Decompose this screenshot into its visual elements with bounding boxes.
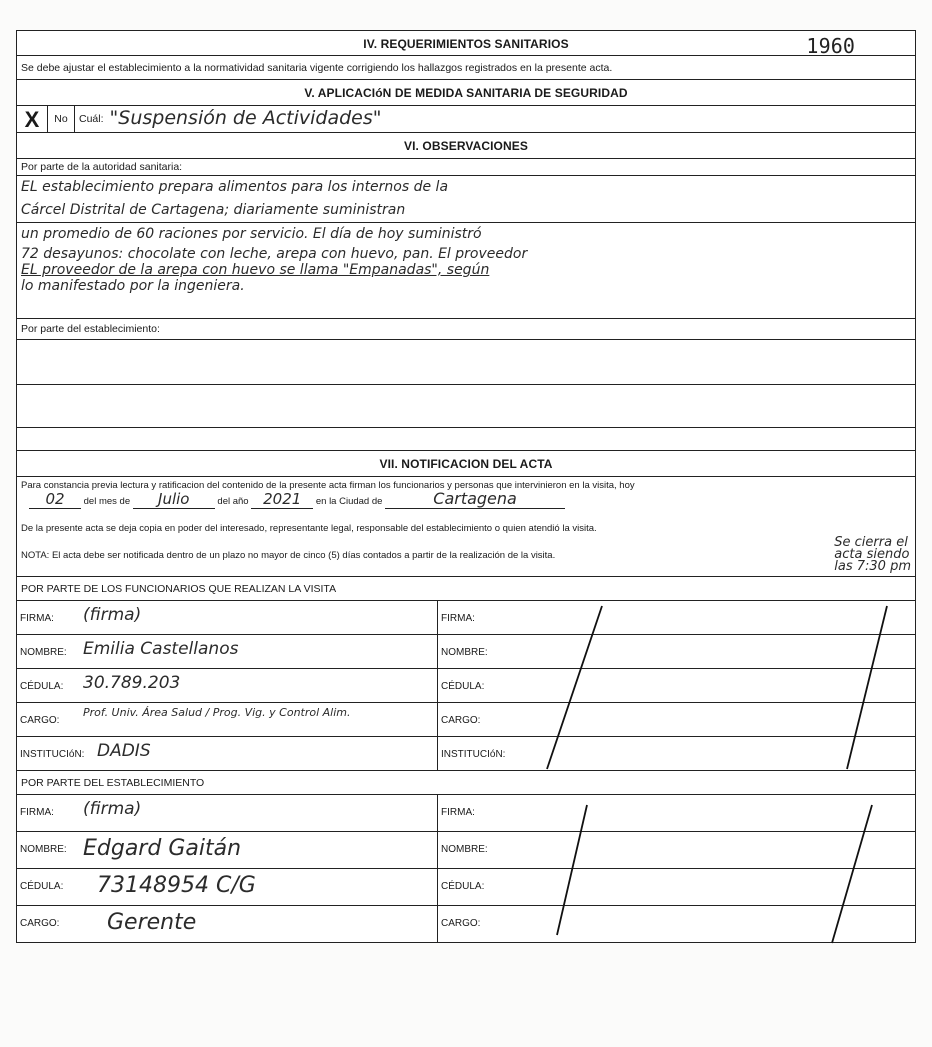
date-line: 02 del mes de Julio del año 2021 en la C… xyxy=(17,489,915,509)
cargo-label: CARGO: xyxy=(441,715,480,726)
year-value: 2021 xyxy=(251,490,313,509)
cargo-value: Prof. Univ. Área Salud / Prog. Vig. y Co… xyxy=(83,706,423,719)
copia-text: De la presente acta se deja copia en pod… xyxy=(17,523,915,534)
institucion-label: INSTITUCIóN: xyxy=(441,749,505,760)
institucion-value: DADIS xyxy=(97,741,151,761)
section5-measure: X No Cuál: "Suspensión de Actividades" xyxy=(16,106,916,133)
observaciones-autoridad: Por parte de la autoridad sanitaria: EL … xyxy=(16,159,916,319)
nombre-label: NOMBRE: xyxy=(441,844,488,855)
section5-title: V. APLICACIóN DE MEDIDA SANITARIA DE SEG… xyxy=(16,80,916,106)
cargo-value: Gerente xyxy=(107,910,196,935)
ciudad-label: en la Ciudad de xyxy=(316,496,383,507)
funcionarios-grid: FIRMA:(firma) FIRMA: NOMBRE:Emilia Caste… xyxy=(16,601,916,771)
cedula-value: 30.789.203 xyxy=(83,673,180,693)
firma-label: FIRMA: xyxy=(20,613,54,624)
cancel-strokes xyxy=(517,795,917,945)
cargo-label: CARGO: xyxy=(20,715,59,726)
institucion-label: INSTITUCIóN: xyxy=(20,749,84,760)
blank-line xyxy=(17,407,915,427)
section4-header: IV. REQUERIMIENTOS SANITARIOS 1960 xyxy=(16,30,916,56)
firma-value: (firma) xyxy=(83,799,141,819)
nombre-label: NOMBRE: xyxy=(20,844,67,855)
section7-title: VII. NOTIFICACION DEL ACTA xyxy=(16,451,916,477)
observaciones-establecimiento: Por parte del establecimiento: xyxy=(16,319,916,451)
establecimiento-grid: FIRMA:(firma) FIRMA: NOMBRE:Edgard Gaitá… xyxy=(16,795,916,943)
firma-label: FIRMA: xyxy=(441,807,475,818)
closing-note: Se cierra el acta siendo las 7:30 pm xyxy=(834,537,911,573)
no-label: No xyxy=(48,106,75,132)
obs-line: Cárcel Distrital de Cartagena; diariamen… xyxy=(17,199,915,222)
firma-label: FIRMA: xyxy=(441,613,475,624)
nombre-label: NOMBRE: xyxy=(441,647,488,658)
cedula-label: CÉDULA: xyxy=(441,681,484,692)
blank-line xyxy=(17,427,915,450)
city-value: Cartagena xyxy=(385,489,565,509)
establecimiento-title: POR PARTE DEL ESTABLECIMIENTO xyxy=(16,771,916,795)
section4-text: Se debe ajustar el establecimiento a la … xyxy=(16,56,916,80)
obs-line: EL establecimiento prepara alimentos par… xyxy=(17,175,915,199)
firma-label: FIRMA: xyxy=(20,807,54,818)
blank-line xyxy=(17,384,915,407)
obs-line: lo manifestado por la ingeniera. xyxy=(17,278,915,318)
closing-note-line: las 7:30 pm xyxy=(834,561,911,573)
cedula-value: 73148954 C/G xyxy=(97,873,256,898)
cargo-label: CARGO: xyxy=(20,918,59,929)
cedula-label: CÉDULA: xyxy=(441,881,484,892)
yes-checkbox-mark[interactable]: X xyxy=(17,106,48,132)
cual-label: Cuál: xyxy=(75,106,104,132)
nombre-value: Emilia Castellanos xyxy=(83,639,238,659)
cargo-label: CARGO: xyxy=(441,918,480,929)
obs-line: un promedio de 60 raciones por servicio.… xyxy=(17,222,915,246)
establecimiento-label: Por parte del establecimiento: xyxy=(17,319,915,339)
day-value: 02 xyxy=(29,490,81,509)
month-value: Julio xyxy=(133,490,215,509)
obs-line: EL proveedor de la arepa con huevo se ll… xyxy=(17,262,915,278)
blank-line xyxy=(17,339,915,364)
cedula-label: CÉDULA: xyxy=(20,681,63,692)
section4-title: IV. REQUERIMIENTOS SANITARIOS xyxy=(363,37,568,51)
mes-label: del mes de xyxy=(84,496,130,507)
nota-text: NOTA: El acta debe ser notificada dentro… xyxy=(17,550,915,561)
section6-title: VI. OBSERVACIONES xyxy=(16,133,916,159)
nombre-value: Edgard Gaitán xyxy=(83,836,241,861)
cedula-label: CÉDULA: xyxy=(20,881,63,892)
blank-line xyxy=(17,364,915,384)
nombre-label: NOMBRE: xyxy=(20,647,67,658)
cual-value: "Suspensión de Actividades" xyxy=(104,106,382,132)
obs-line: 72 desayunos: chocolate con leche, arepa… xyxy=(17,246,915,262)
autoridad-label: Por parte de la autoridad sanitaria: xyxy=(17,159,915,175)
notificacion-body: Para constancia previa lectura y ratific… xyxy=(16,477,916,577)
firma-value: (firma) xyxy=(83,605,141,625)
funcionarios-title: POR PARTE DE LOS FUNCIONARIOS QUE REALIZ… xyxy=(16,577,916,601)
cancel-strokes xyxy=(517,601,917,771)
anio-label: del año xyxy=(217,496,248,507)
acta-form: IV. REQUERIMIENTOS SANITARIOS 1960 Se de… xyxy=(16,30,916,943)
